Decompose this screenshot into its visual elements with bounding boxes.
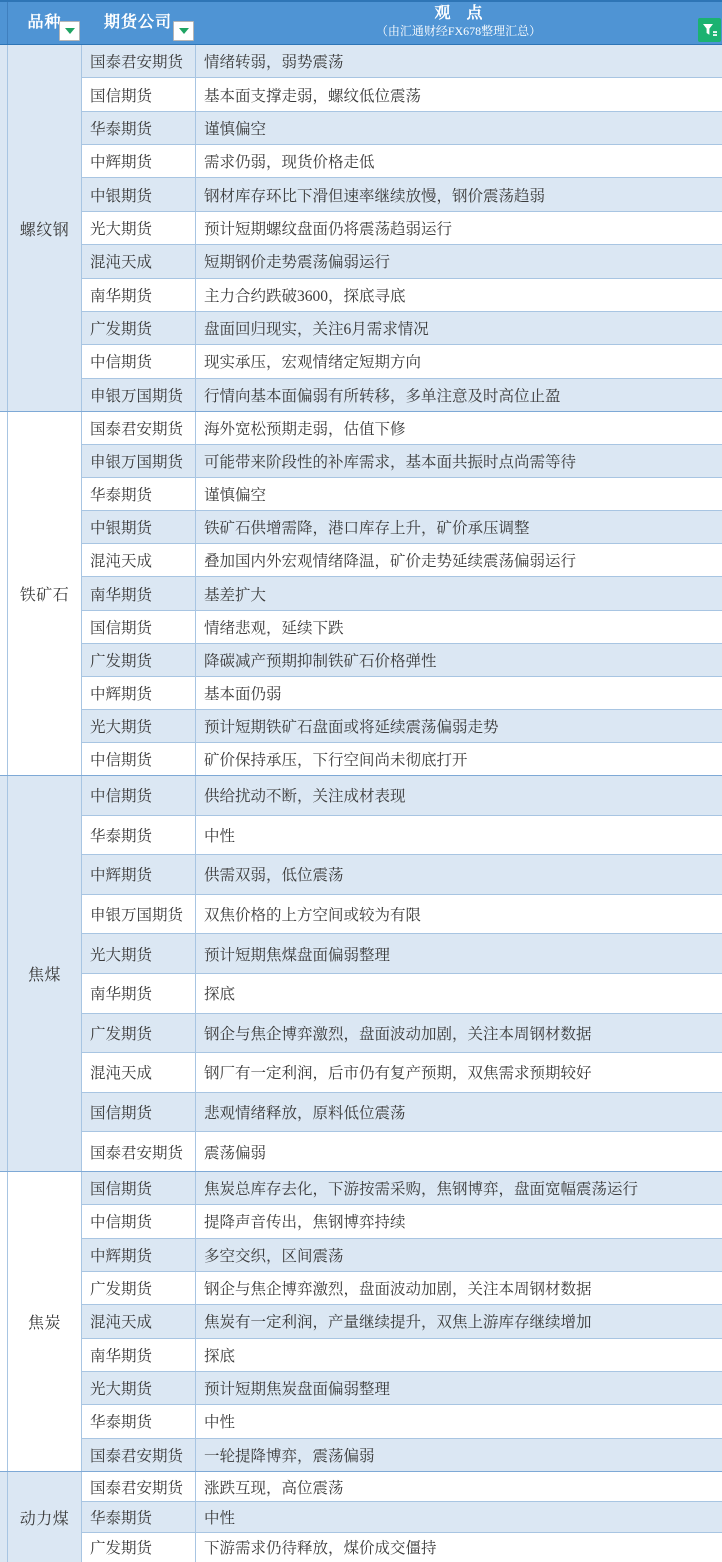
company-cell[interactable]: 广发期货 bbox=[82, 1533, 196, 1562]
opinion-cell[interactable]: 情绪转弱，弱势震荡 bbox=[196, 45, 722, 77]
section-rows: 国信期货焦炭总库存去化，下游按需采购，焦钢博弈，盘面宽幅震荡运行中信期货提降声音… bbox=[82, 1172, 722, 1471]
company-cell[interactable]: 南华期货 bbox=[82, 974, 196, 1013]
opinion-cell[interactable]: 震荡偏弱 bbox=[196, 1132, 722, 1171]
company-cell[interactable]: 国信期货 bbox=[82, 78, 196, 110]
company-cell[interactable]: 混沌天成 bbox=[82, 1305, 196, 1337]
table-row: 光大期货预计短期焦煤盘面偏弱整理 bbox=[82, 933, 722, 973]
table-row: 华泰期货谨慎偏空 bbox=[82, 111, 722, 144]
opinion-cell[interactable]: 短期钢价走势震荡偏弱运行 bbox=[196, 245, 722, 277]
table-row: 混沌天成叠加国内外宏观情绪降温，矿价走势延续震荡偏弱运行 bbox=[82, 543, 722, 576]
left-gutter bbox=[0, 776, 8, 1171]
table-row: 华泰期货中性 bbox=[82, 815, 722, 855]
futures-opinions-table: 品种 期货公司 观 点 （由汇通财经FX678整理汇总） 螺纹钢国泰君安期货 bbox=[0, 0, 722, 1562]
table-row: 南华期货主力合约跌破3600，探底寻底 bbox=[82, 278, 722, 311]
opinion-cell[interactable]: 下游需求仍待释放，煤价成交僵持 bbox=[196, 1533, 722, 1562]
header-cell-company: 期货公司 bbox=[81, 2, 195, 44]
table-row: 光大期货预计短期螺纹盘面仍将震荡趋弱运行 bbox=[82, 211, 722, 244]
company-cell[interactable]: 中信期货 bbox=[82, 1205, 196, 1237]
opinion-cell[interactable]: 基差扩大 bbox=[196, 577, 722, 609]
opinion-cell[interactable]: 谨慎偏空 bbox=[196, 478, 722, 510]
header-cell-opinion: 观 点 （由汇通财经FX678整理汇总） bbox=[195, 2, 722, 44]
commodity-section: 螺纹钢国泰君安期货情绪转弱，弱势震荡国信期货基本面支撑走弱，螺纹低位震荡华泰期货… bbox=[0, 45, 722, 411]
header-cell-variety: 品种 bbox=[8, 2, 81, 44]
opinion-cell[interactable]: 谨慎偏空 bbox=[196, 112, 722, 144]
left-gutter bbox=[0, 1472, 8, 1562]
table-row: 国信期货焦炭总库存去化，下游按需采购，焦钢博弈，盘面宽幅震荡运行 bbox=[82, 1172, 722, 1204]
opinion-cell[interactable]: 预计短期铁矿石盘面或将延续震荡偏弱走势 bbox=[196, 710, 722, 742]
opinion-cell[interactable]: 钢企与焦企博弈激烈，盘面波动加剧，关注本周钢材数据 bbox=[196, 1272, 722, 1304]
opinion-cell[interactable]: 中性 bbox=[196, 1405, 722, 1437]
variety-label: 铁矿石 bbox=[8, 412, 81, 775]
commodity-section: 焦炭国信期货焦炭总库存去化，下游按需采购，焦钢博弈，盘面宽幅震荡运行中信期货提降… bbox=[0, 1171, 722, 1471]
company-cell[interactable]: 南华期货 bbox=[82, 279, 196, 311]
company-cell[interactable]: 光大期货 bbox=[82, 934, 196, 973]
table-row: 国信期货情绪悲观，延续下跌 bbox=[82, 610, 722, 643]
opinion-cell[interactable]: 海外宽松预期走弱，估值下修 bbox=[196, 412, 722, 444]
opinion-cell[interactable]: 钢材库存环比下滑但速率继续放慢，钢价震荡趋弱 bbox=[196, 178, 722, 210]
company-column-label: 期货公司 bbox=[104, 9, 172, 32]
opinion-cell[interactable]: 行情向基本面偏弱有所转移，多单注意及时高位止盈 bbox=[196, 379, 722, 411]
company-cell[interactable]: 国泰君安期货 bbox=[82, 1472, 196, 1501]
variety-cell[interactable]: 铁矿石 bbox=[0, 412, 82, 775]
table-row: 广发期货盘面回归现实，关注6月需求情况 bbox=[82, 311, 722, 344]
company-cell[interactable]: 中信期货 bbox=[82, 743, 196, 775]
opinion-cell[interactable]: 可能带来阶段性的补库需求，基本面共振时点尚需等待 bbox=[196, 445, 722, 477]
company-cell[interactable]: 混沌天成 bbox=[82, 1053, 196, 1092]
opinion-cell[interactable]: 焦炭有一定利润，产量继续提升，双焦上游库存继续增加 bbox=[196, 1305, 722, 1337]
table-row: 华泰期货中性 bbox=[82, 1404, 722, 1437]
opinion-cell[interactable]: 钢企与焦企博弈激烈，盘面波动加剧，关注本周钢材数据 bbox=[196, 1014, 722, 1053]
left-gutter bbox=[0, 1172, 8, 1471]
opinion-cell[interactable]: 降碳减产预期抑制铁矿石价格弹性 bbox=[196, 644, 722, 676]
table-row: 光大期货预计短期焦炭盘面偏弱整理 bbox=[82, 1371, 722, 1404]
table-row: 广发期货下游需求仍待释放，煤价成交僵持 bbox=[82, 1532, 722, 1562]
table-row: 国信期货基本面支撑走弱，螺纹低位震荡 bbox=[82, 77, 722, 110]
opinion-cell[interactable]: 钢厂有一定利润，后市仍有复产预期，双焦需求预期较好 bbox=[196, 1053, 722, 1092]
table-row: 申银万国期货双焦价格的上方空间或较为有限 bbox=[82, 894, 722, 934]
table-row: 广发期货降碳减产预期抑制铁矿石价格弹性 bbox=[82, 643, 722, 676]
variety-label: 螺纹钢 bbox=[8, 45, 81, 411]
company-cell[interactable]: 广发期货 bbox=[82, 644, 196, 676]
opinion-cell[interactable]: 铁矿石供增需降，港口库存上升，矿价承压调整 bbox=[196, 511, 722, 543]
filter-funnel-icon[interactable] bbox=[698, 18, 721, 42]
opinion-cell[interactable]: 预计短期焦炭盘面偏弱整理 bbox=[196, 1372, 722, 1404]
section-rows: 国泰君安期货海外宽松预期走弱，估值下修申银万国期货可能带来阶段性的补库需求，基本… bbox=[82, 412, 722, 775]
company-cell[interactable]: 中银期货 bbox=[82, 511, 196, 543]
table-row: 国泰君安期货海外宽松预期走弱，估值下修 bbox=[82, 412, 722, 444]
section-rows: 国泰君安期货涨跌互现，高位震荡华泰期货中性广发期货下游需求仍待释放，煤价成交僵持 bbox=[82, 1472, 722, 1562]
opinion-cell[interactable]: 探底 bbox=[196, 974, 722, 1013]
table-row: 中辉期货需求仍弱，现货价格走低 bbox=[82, 144, 722, 177]
company-cell[interactable]: 中辉期货 bbox=[82, 677, 196, 709]
opinion-cell[interactable]: 提降声音传出，焦钢博弈持续 bbox=[196, 1205, 722, 1237]
company-cell[interactable]: 混沌天成 bbox=[82, 544, 196, 576]
table-row: 国信期货悲观情绪释放，原料低位震荡 bbox=[82, 1092, 722, 1132]
table-row: 混沌天成钢厂有一定利润，后市仍有复产预期，双焦需求预期较好 bbox=[82, 1052, 722, 1092]
company-cell[interactable]: 中辉期货 bbox=[82, 1239, 196, 1271]
variety-filter-dropdown-button[interactable] bbox=[59, 21, 80, 41]
opinion-cell[interactable]: 悲观情绪释放，原料低位震荡 bbox=[196, 1093, 722, 1132]
table-row: 中信期货矿价保持承压，下行空间尚未彻底打开 bbox=[82, 742, 722, 775]
company-cell[interactable]: 华泰期货 bbox=[82, 1405, 196, 1437]
opinion-cell[interactable]: 双焦价格的上方空间或较为有限 bbox=[196, 895, 722, 934]
table-row: 国泰君安期货震荡偏弱 bbox=[82, 1131, 722, 1171]
chevron-down-icon bbox=[65, 28, 75, 34]
variety-label: 动力煤 bbox=[8, 1472, 81, 1562]
company-cell[interactable]: 申银万国期货 bbox=[82, 379, 196, 411]
variety-column-label: 品种 bbox=[27, 9, 61, 32]
company-cell[interactable]: 广发期货 bbox=[82, 1014, 196, 1053]
variety-cell[interactable]: 焦炭 bbox=[0, 1172, 82, 1471]
opinion-cell[interactable]: 供需双弱，低位震荡 bbox=[196, 855, 722, 894]
opinion-cell[interactable]: 现实承压，宏观情绪定短期方向 bbox=[196, 345, 722, 377]
table-row: 申银万国期货行情向基本面偏弱有所转移，多单注意及时高位止盈 bbox=[82, 378, 722, 411]
company-cell[interactable]: 申银万国期货 bbox=[82, 445, 196, 477]
company-cell[interactable]: 光大期货 bbox=[82, 212, 196, 244]
left-gutter bbox=[0, 45, 8, 411]
company-cell[interactable]: 南华期货 bbox=[82, 577, 196, 609]
table-row: 光大期货预计短期铁矿石盘面或将延续震荡偏弱走势 bbox=[82, 709, 722, 742]
company-cell[interactable]: 光大期货 bbox=[82, 1372, 196, 1404]
variety-cell[interactable]: 螺纹钢 bbox=[0, 45, 82, 411]
table-row: 中银期货铁矿石供增需降，港口库存上升，矿价承压调整 bbox=[82, 510, 722, 543]
table-row: 中信期货提降声音传出，焦钢博弈持续 bbox=[82, 1204, 722, 1237]
opinion-cell[interactable]: 矿价保持承压，下行空间尚未彻底打开 bbox=[196, 743, 722, 775]
company-cell[interactable]: 国泰君安期货 bbox=[82, 45, 196, 77]
section-rows: 中信期货供给扰动不断，关注成材表现华泰期货中性中辉期货供需双弱，低位震荡申银万国… bbox=[82, 776, 722, 1171]
company-cell[interactable]: 光大期货 bbox=[82, 710, 196, 742]
table-header: 品种 期货公司 观 点 （由汇通财经FX678整理汇总） bbox=[0, 0, 722, 45]
company-cell[interactable]: 广发期货 bbox=[82, 312, 196, 344]
left-gutter bbox=[0, 412, 8, 775]
opinion-cell[interactable]: 盘面回归现实，关注6月需求情况 bbox=[196, 312, 722, 344]
table-row: 中辉期货多空交织，区间震荡 bbox=[82, 1238, 722, 1271]
commodity-section: 动力煤国泰君安期货涨跌互现，高位震荡华泰期货中性广发期货下游需求仍待释放，煤价成… bbox=[0, 1471, 722, 1562]
table-row: 中信期货现实承压，宏观情绪定短期方向 bbox=[82, 344, 722, 377]
company-cell[interactable]: 国泰君安期货 bbox=[82, 1439, 196, 1471]
opinion-cell[interactable]: 需求仍弱，现货价格走低 bbox=[196, 145, 722, 177]
company-cell[interactable]: 中辉期货 bbox=[82, 145, 196, 177]
company-cell[interactable]: 华泰期货 bbox=[82, 478, 196, 510]
company-cell[interactable]: 华泰期货 bbox=[82, 816, 196, 855]
table-row: 南华期货探底 bbox=[82, 973, 722, 1013]
company-filter-dropdown-button[interactable] bbox=[173, 21, 194, 41]
table-row: 国泰君安期货一轮提降博弈，震荡偏弱 bbox=[82, 1438, 722, 1471]
opinion-cell[interactable]: 预计短期螺纹盘面仍将震荡趋弱运行 bbox=[196, 212, 722, 244]
company-cell[interactable]: 申银万国期货 bbox=[82, 895, 196, 934]
company-cell[interactable]: 中辉期货 bbox=[82, 855, 196, 894]
opinion-cell[interactable]: 中性 bbox=[196, 816, 722, 855]
company-cell[interactable]: 南华期货 bbox=[82, 1339, 196, 1371]
table-row: 华泰期货中性 bbox=[82, 1501, 722, 1531]
company-cell[interactable]: 华泰期货 bbox=[82, 112, 196, 144]
opinion-cell[interactable]: 焦炭总库存去化，下游按需采购，焦钢博弈，盘面宽幅震荡运行 bbox=[196, 1172, 722, 1204]
opinion-cell[interactable]: 基本面仍弱 bbox=[196, 677, 722, 709]
table-row: 国泰君安期货涨跌互现，高位震荡 bbox=[82, 1472, 722, 1501]
table-row: 广发期货钢企与焦企博弈激烈，盘面波动加剧，关注本周钢材数据 bbox=[82, 1013, 722, 1053]
company-cell[interactable]: 中信期货 bbox=[82, 776, 196, 815]
table-row: 混沌天成焦炭有一定利润，产量继续提升，双焦上游库存继续增加 bbox=[82, 1304, 722, 1337]
commodity-section: 铁矿石国泰君安期货海外宽松预期走弱，估值下修申银万国期货可能带来阶段性的补库需求… bbox=[0, 411, 722, 775]
table-row: 中银期货钢材库存环比下滑但速率继续放慢，钢价震荡趋弱 bbox=[82, 177, 722, 210]
opinion-cell[interactable]: 中性 bbox=[196, 1502, 722, 1531]
opinion-cell[interactable]: 情绪悲观，延续下跌 bbox=[196, 611, 722, 643]
variety-cell[interactable]: 焦煤 bbox=[0, 776, 82, 1171]
company-cell[interactable]: 国泰君安期货 bbox=[82, 412, 196, 444]
opinion-cell[interactable]: 基本面支撑走弱，螺纹低位震荡 bbox=[196, 78, 722, 110]
opinion-cell[interactable]: 多空交织，区间震荡 bbox=[196, 1239, 722, 1271]
opinion-cell[interactable]: 预计短期焦煤盘面偏弱整理 bbox=[196, 934, 722, 973]
company-cell[interactable]: 广发期货 bbox=[82, 1272, 196, 1304]
company-cell[interactable]: 国泰君安期货 bbox=[82, 1132, 196, 1171]
opinion-cell[interactable]: 一轮提降博弈，震荡偏弱 bbox=[196, 1439, 722, 1471]
table-row: 国泰君安期货情绪转弱，弱势震荡 bbox=[82, 45, 722, 77]
company-cell[interactable]: 华泰期货 bbox=[82, 1502, 196, 1531]
variety-label: 焦煤 bbox=[8, 776, 81, 1171]
table-body: 螺纹钢国泰君安期货情绪转弱，弱势震荡国信期货基本面支撑走弱，螺纹低位震荡华泰期货… bbox=[0, 45, 722, 1562]
company-cell[interactable]: 混沌天成 bbox=[82, 245, 196, 277]
chevron-down-icon bbox=[179, 28, 189, 34]
table-row: 中辉期货供需双弱，低位震荡 bbox=[82, 854, 722, 894]
opinion-cell[interactable]: 探底 bbox=[196, 1339, 722, 1371]
opinion-cell[interactable]: 叠加国内外宏观情绪降温，矿价走势延续震荡偏弱运行 bbox=[196, 544, 722, 576]
opinion-cell[interactable]: 主力合约跌破3600，探底寻底 bbox=[196, 279, 722, 311]
opinion-column-title: 观 点 bbox=[434, 4, 482, 24]
opinion-cell[interactable]: 涨跌互现，高位震荡 bbox=[196, 1472, 722, 1501]
table-row: 中信期货供给扰动不断，关注成材表现 bbox=[82, 776, 722, 815]
company-cell[interactable]: 国信期货 bbox=[82, 1093, 196, 1132]
opinion-cell[interactable]: 供给扰动不断，关注成材表现 bbox=[196, 776, 722, 815]
company-cell[interactable]: 国信期货 bbox=[82, 1172, 196, 1204]
company-cell[interactable]: 中信期货 bbox=[82, 345, 196, 377]
table-row: 华泰期货谨慎偏空 bbox=[82, 477, 722, 510]
table-row: 南华期货探底 bbox=[82, 1338, 722, 1371]
variety-label: 焦炭 bbox=[8, 1172, 81, 1471]
table-row: 中辉期货基本面仍弱 bbox=[82, 676, 722, 709]
table-row: 申银万国期货可能带来阶段性的补库需求，基本面共振时点尚需等待 bbox=[82, 444, 722, 477]
table-row: 南华期货基差扩大 bbox=[82, 576, 722, 609]
variety-cell[interactable]: 动力煤 bbox=[0, 1472, 82, 1562]
table-row: 混沌天成短期钢价走势震荡偏弱运行 bbox=[82, 244, 722, 277]
company-cell[interactable]: 中银期货 bbox=[82, 178, 196, 210]
section-rows: 国泰君安期货情绪转弱，弱势震荡国信期货基本面支撑走弱，螺纹低位震荡华泰期货谨慎偏… bbox=[82, 45, 722, 411]
opinion-column-subtitle: （由汇通财经FX678整理汇总） bbox=[376, 24, 541, 38]
company-cell[interactable]: 国信期货 bbox=[82, 611, 196, 643]
table-row: 广发期货钢企与焦企博弈激烈，盘面波动加剧，关注本周钢材数据 bbox=[82, 1271, 722, 1304]
header-left-edge bbox=[0, 2, 8, 44]
commodity-section: 焦煤中信期货供给扰动不断，关注成材表现华泰期货中性中辉期货供需双弱，低位震荡申银… bbox=[0, 775, 722, 1171]
